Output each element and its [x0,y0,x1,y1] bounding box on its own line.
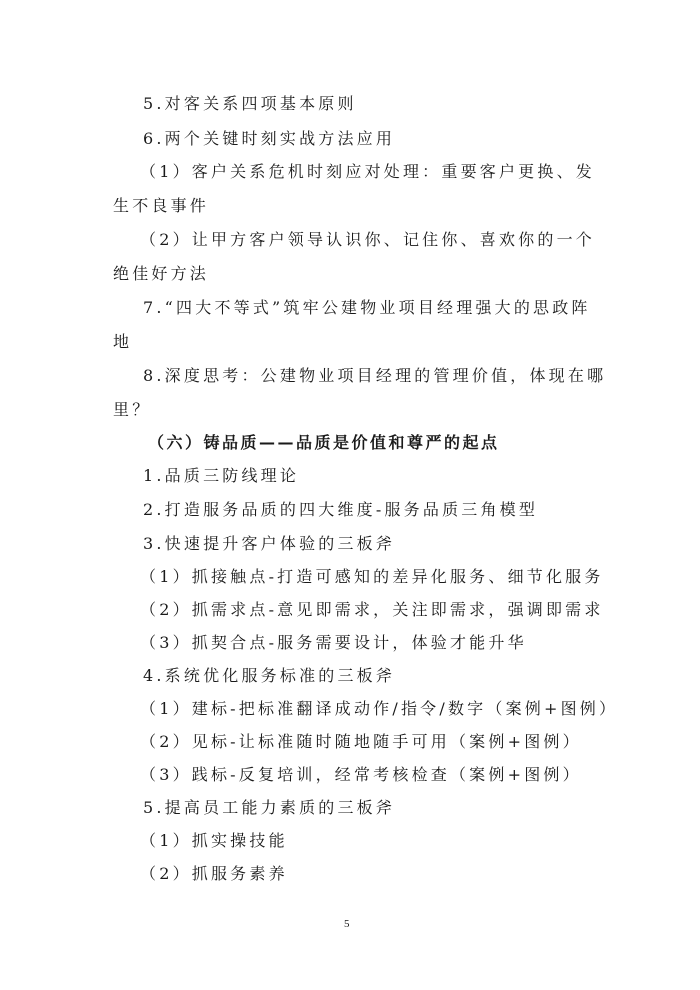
list-item: （2）抓需求点-意见即需求，关注即需求，强调即需求 [140,600,604,620]
list-item: （2）见标-让标准随时随地随手可用（案例+图例） [140,732,582,752]
list-item: 6.两个关键时刻实战方法应用 [143,129,395,149]
list-item-continuation: 绝佳好方法 [113,264,209,284]
list-item: 5.提高员工能力素质的三板斧 [143,798,395,818]
section-heading: （六）铸品质——品质是价值和尊严的起点 [148,433,500,453]
list-item-continuation: 地 [113,332,132,352]
list-item: 3.快速提升客户体验的三板斧 [143,534,395,554]
list-item: （1）客户关系危机时刻应对处理：重要客户更换、发 [140,162,595,182]
list-item-continuation: 生不良事件 [113,196,209,216]
list-item: 1.品质三防线理论 [143,466,299,486]
list-item: 5.对客关系四项基本原则 [143,94,357,114]
list-item: （1）抓实操技能 [140,831,288,851]
list-item: （2）抓服务素养 [140,864,288,884]
list-item-continuation: 里？ [113,400,151,420]
list-item: 7.“四大不等式”筑牢公建物业项目经理强大的思政阵 [143,298,591,318]
list-item: （3）践标-反复培训，经常考核检查（案例+图例） [140,765,582,785]
list-item: （3）抓契合点-服务需要设计，体验才能升华 [140,633,527,653]
list-item: （1）抓接触点-打造可感知的差异化服务、细节化服务 [140,567,604,587]
list-item: 4.系统优化服务标准的三板斧 [143,666,395,686]
list-item: 8.深度思考：公建物业项目经理的管理价值，体现在哪 [143,366,606,386]
list-item: 2.打造服务品质的四大维度-服务品质三角模型 [143,500,538,520]
list-item: （1）建标-把标准翻译成动作/指令/数字（案例+图例） [140,699,618,719]
page-number: 5 [344,918,350,930]
list-item: （2）让甲方客户领导认识你、记住你、喜欢你的一个 [140,230,595,250]
